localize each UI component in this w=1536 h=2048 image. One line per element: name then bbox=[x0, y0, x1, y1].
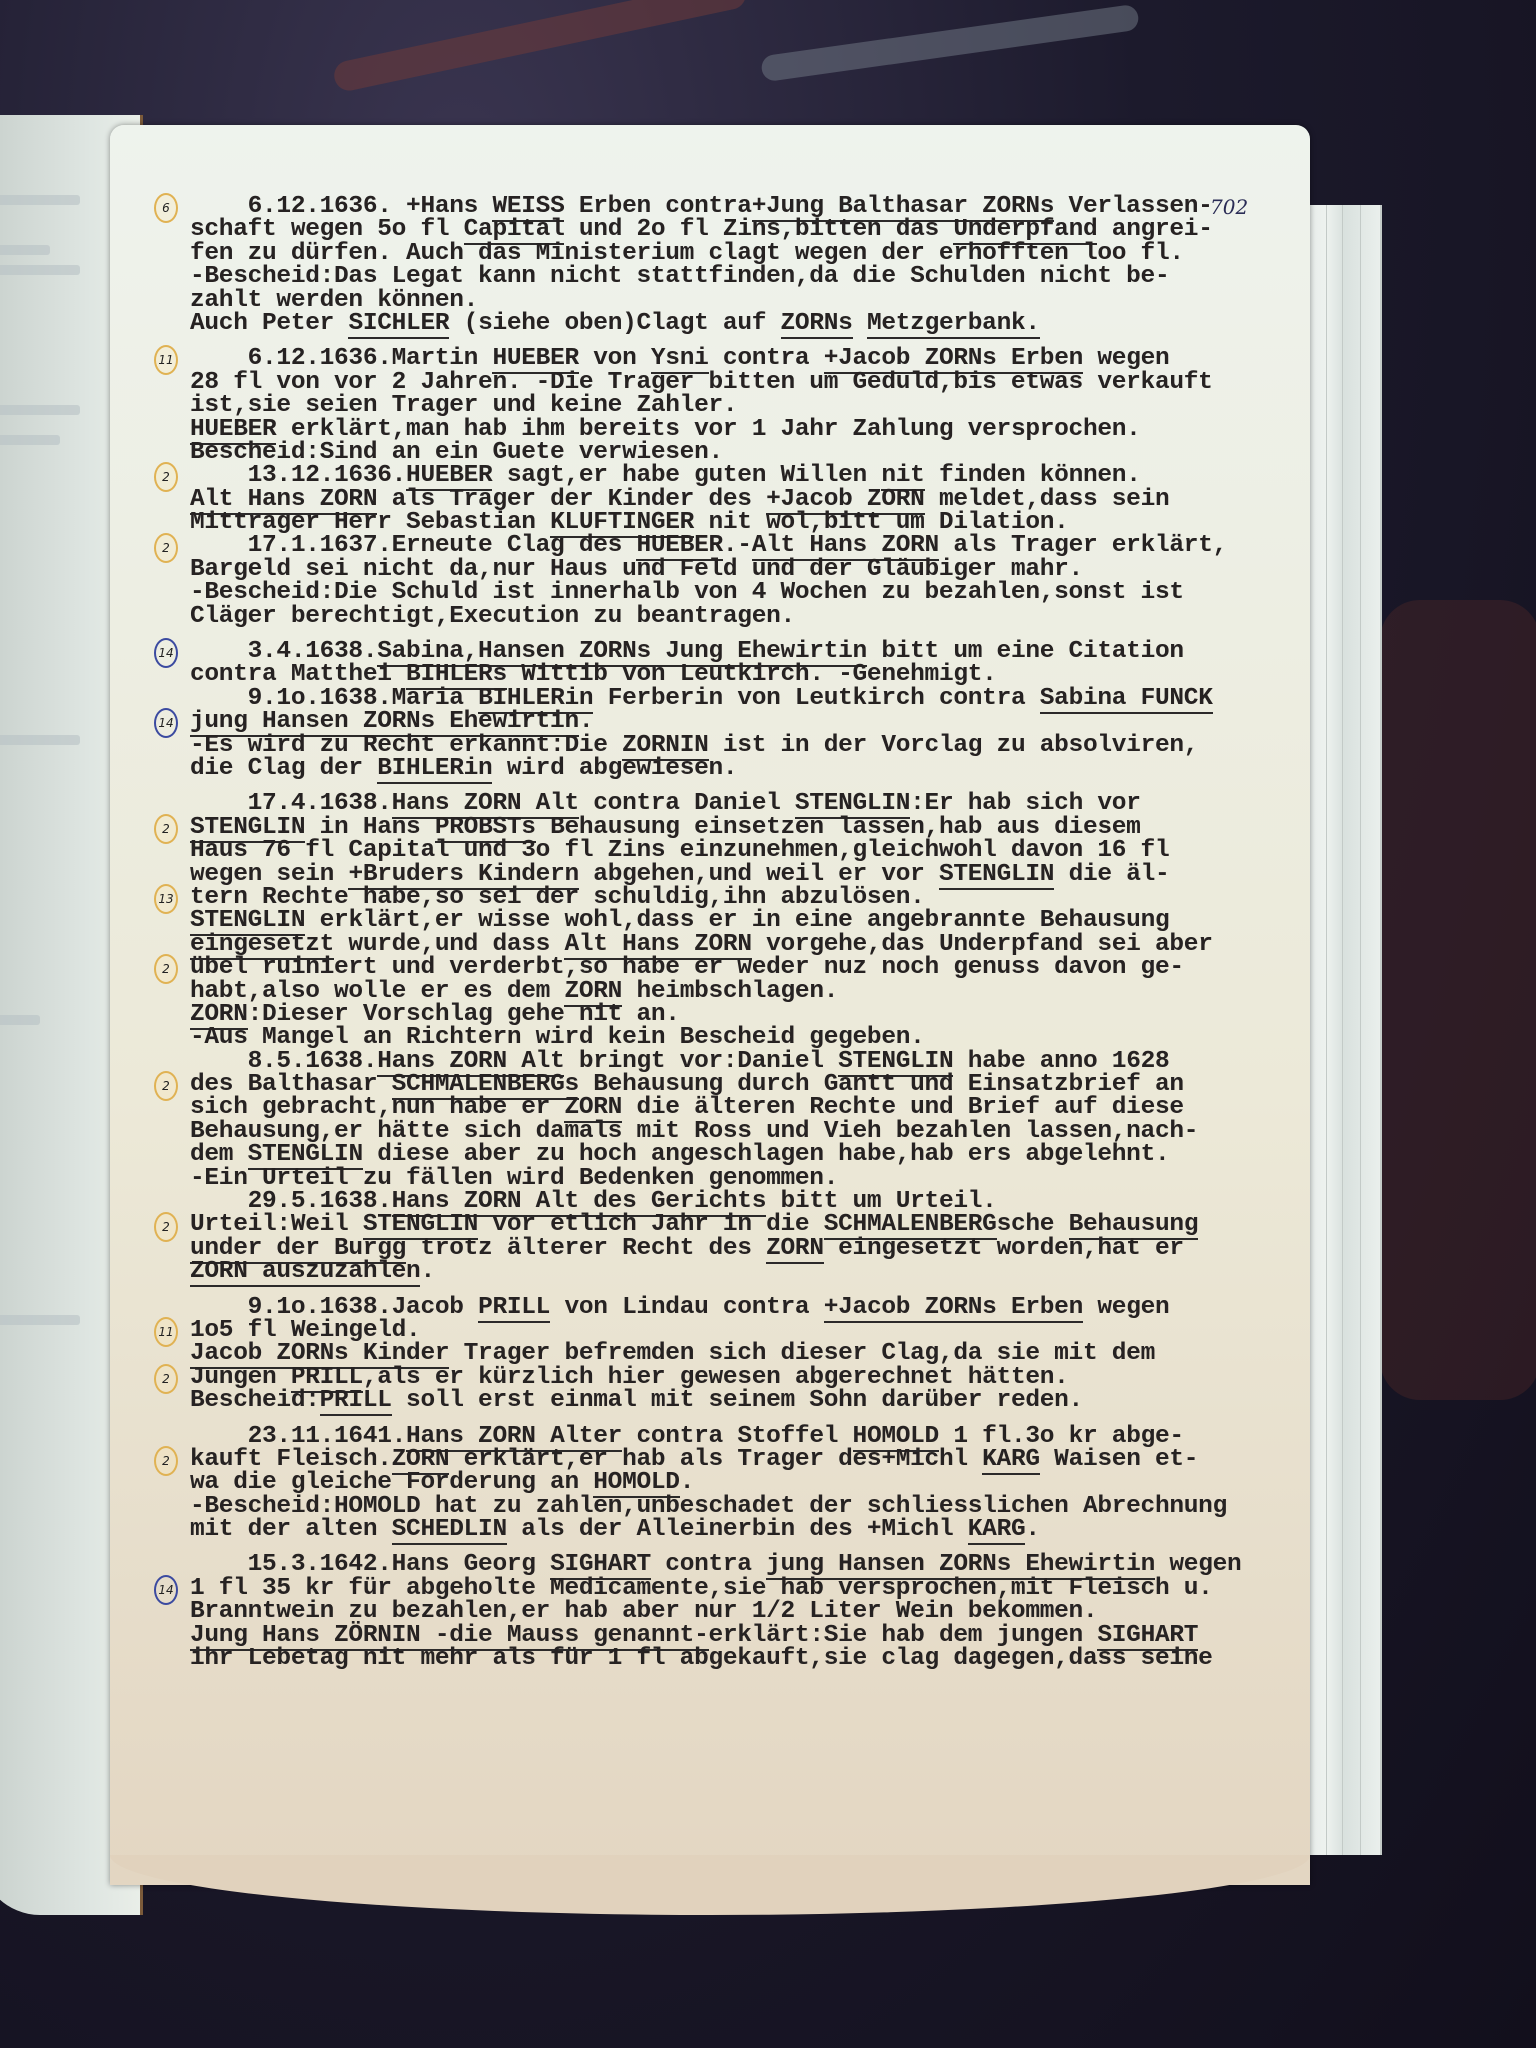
text-line: eingesetzt wurde,und dass Alt Hans ZORN … bbox=[190, 933, 1280, 956]
text-line: 3.4.1638.Sabina,Hansen ZORNs Jung Ehewir… bbox=[190, 640, 1280, 663]
text-line: Haus 76 fl Capital und 3o fl Zins einzun… bbox=[190, 839, 1280, 862]
margin-annotation: 2 bbox=[154, 814, 178, 844]
text-line: Bescheid:Sind an ein Guete verwiesen. bbox=[190, 441, 1280, 464]
text-segment: (siehe oben)Clagt auf bbox=[449, 310, 780, 337]
margin-annotation: 14 bbox=[154, 1575, 178, 1605]
text-line: Behausung,er hätte sich damals mit Ross … bbox=[190, 1120, 1280, 1143]
text-line: ZORN:Dieser Vorschlag gehe nit an. bbox=[190, 1003, 1280, 1026]
text-line: 23.11.1641.Hans ZORN Alter contra Stoffe… bbox=[190, 1425, 1280, 1448]
text-line: Alt Hans ZORN als Trager der Kinder des … bbox=[190, 488, 1280, 511]
text-line: zahlt werden können. bbox=[190, 289, 1280, 312]
text-line: sich gebracht,nun habe er ZORN die älter… bbox=[190, 1096, 1280, 1119]
text-line: 17.4.1638.Hans ZORN Alt contra Daniel ST… bbox=[190, 792, 1280, 815]
margin-annotation: 6 bbox=[154, 193, 178, 223]
text-segment: wegen bbox=[1083, 1294, 1169, 1321]
text-line: Bargeld sei nicht da,nur Haus und Feld u… bbox=[190, 558, 1280, 581]
text-line: die Clag der BIHLERin wird abgewiesen. bbox=[190, 757, 1280, 780]
text-line: 1o5 fl Weingeld. bbox=[190, 1319, 1280, 1342]
text-line: -Ein Urteil zu fällen wird Bedenken geno… bbox=[190, 1167, 1280, 1190]
text-line: -Es wird zu Recht erkannt:Die ZORNIN ist… bbox=[190, 734, 1280, 757]
margin-annotation: 2 bbox=[154, 533, 178, 563]
margin-annotation: 2 bbox=[154, 1364, 178, 1394]
text-line: 8.5.1638.Hans ZORN Alt bringt vor:Daniel… bbox=[190, 1050, 1280, 1073]
typed-text: 6.12.1636. +Hans WEISS Erben contra+Jung… bbox=[190, 195, 1280, 1670]
margin-annotation: 2 bbox=[154, 954, 178, 984]
text-line: 15.3.1642.Hans Georg SIGHART contra jung… bbox=[190, 1553, 1280, 1576]
text-line: 6.12.1636.Martin HUEBER von Ysni contra … bbox=[190, 347, 1280, 370]
margin-annotation: 2 bbox=[154, 1212, 178, 1242]
text-line: Jungen PRILL,als er kürzlich hier gewese… bbox=[190, 1366, 1280, 1389]
text-line: 9.1o.1638.Jacob PRILL von Lindau contra … bbox=[190, 1296, 1280, 1319]
text-segment: ihr Lebetag nit mehr als für 1 fl abgeka… bbox=[190, 1645, 1213, 1672]
text-line: 17.1.1637.Erneute Clag des HUEBER.-Alt H… bbox=[190, 534, 1280, 557]
text-line: fen zu dürfen. Auch das Ministerium clag… bbox=[190, 242, 1280, 265]
margin-annotation: 14 bbox=[154, 638, 178, 668]
text-segment: die Clag der bbox=[190, 755, 377, 782]
margin-annotation: 2 bbox=[154, 1446, 178, 1476]
text-line: under der Burgg trotz älterer Recht des … bbox=[190, 1237, 1280, 1260]
text-line: ihr Lebetag nit mehr als für 1 fl abgeka… bbox=[190, 1647, 1280, 1670]
text-segment: die äl- bbox=[1054, 861, 1169, 888]
text-segment: von Lindau contra bbox=[550, 1294, 824, 1321]
text-line: 9.1o.1638.Maria BIHLERin Ferberin von Le… bbox=[190, 687, 1280, 710]
carpet-pattern bbox=[331, 0, 748, 93]
carpet-pattern bbox=[760, 4, 1140, 83]
text-segment: eingesetzt worden,hat er bbox=[824, 1235, 1184, 1262]
text-segment: mit der alten bbox=[190, 1516, 392, 1543]
text-line: -Aus Mangel an Richtern wird kein Besche… bbox=[190, 1026, 1280, 1049]
text-line: -Bescheid:Das Legat kann nicht stattfind… bbox=[190, 265, 1280, 288]
text-line: wegen sein +Bruders Kindern abgehen,und … bbox=[190, 863, 1280, 886]
text-segment: . bbox=[1025, 1516, 1039, 1543]
text-segment: als der Alleinerbin des +Michl bbox=[507, 1516, 968, 1543]
text-line: Branntwein zu bezahlen,er hab aber nur 1… bbox=[190, 1600, 1280, 1623]
text-line: -Bescheid:Die Schuld ist innerhalb von 4… bbox=[190, 581, 1280, 604]
text-line: Jung Hans ZÖRNIN -die Mauss genannt-erkl… bbox=[190, 1624, 1280, 1647]
margin-annotation: 14 bbox=[154, 708, 178, 738]
text-line: 29.5.1638.Hans ZORN Alt des Gerichts bit… bbox=[190, 1190, 1280, 1213]
text-line: 1 fl 35 kr für abgeholte Medicamente,sie… bbox=[190, 1577, 1280, 1600]
text-line: 6.12.1636. +Hans WEISS Erben contra+Jung… bbox=[190, 195, 1280, 218]
margin-annotation: 2 bbox=[154, 1071, 178, 1101]
text-segment: soll erst einmal mit seinem Sohn darüber… bbox=[392, 1387, 1083, 1414]
text-line: dem STENGLIN diese aber zu hoch angeschl… bbox=[190, 1143, 1280, 1166]
margin-annotation: 11 bbox=[154, 345, 178, 375]
text-line: tern Rechte habe,so sei der schuldig,ihn… bbox=[190, 886, 1280, 909]
text-line: HUEBER erklärt,man hab ihm bereits vor 1… bbox=[190, 418, 1280, 441]
text-line: STENGLIN erklärt,er wisse wohl,dass er i… bbox=[190, 909, 1280, 932]
text-segment: ist in der Vorclag zu absolviren, bbox=[709, 732, 1199, 759]
text-segment: Auch Peter bbox=[190, 310, 348, 337]
text-line: -Bescheid:HOMOLD hat zu zahlen,unbeschad… bbox=[190, 1495, 1280, 1518]
text-segment: wird abgewiesen. bbox=[492, 755, 737, 782]
text-segment: trotz älterer Recht des bbox=[406, 1235, 766, 1262]
text-segment bbox=[853, 310, 867, 337]
margin-annotation: 11 bbox=[154, 1317, 178, 1347]
text-line: ist,sie seien Trager und keine Zahler. bbox=[190, 394, 1280, 417]
text-line: 28 fl von vor 2 Jahren. -Die Trager bitt… bbox=[190, 371, 1280, 394]
text-segment: . bbox=[420, 1258, 434, 1285]
margin-annotation: 13 bbox=[154, 884, 178, 914]
text-segment: Ferberin von Leutkirch contra bbox=[593, 685, 1039, 712]
text-line: jung Hansen ZORNs Ehewirtin. bbox=[190, 710, 1280, 733]
text-line: kauft Fleisch.ZORN erklärt,er hab als Tr… bbox=[190, 1448, 1280, 1471]
text-line: schaft wegen 5o fl Capital und 2o fl Zin… bbox=[190, 218, 1280, 241]
carpet-pattern bbox=[1380, 600, 1536, 1400]
text-line: mit der alten SCHEDLIN als der Alleinerb… bbox=[190, 1518, 1280, 1541]
text-line: contra Matthei BIHLERs Wittib von Leutki… bbox=[190, 663, 1280, 686]
text-line: Bescheid:PRILL soll erst einmal mit sein… bbox=[190, 1389, 1280, 1412]
text-line: 13.12.1636.HUEBER sagt,er habe guten Wil… bbox=[190, 464, 1280, 487]
margin-annotation: 2 bbox=[154, 462, 178, 492]
text-line: Cläger berechtigt,Execution zu beantrage… bbox=[190, 605, 1280, 628]
text-segment: Bescheid: bbox=[190, 1387, 320, 1414]
text-line: habt,also wolle er es dem ZORN heimbschl… bbox=[190, 980, 1280, 1003]
text-line: Jacob ZORNs Kinder Trager befremden sich… bbox=[190, 1342, 1280, 1365]
text-segment: Cläger berechtigt,Execution zu beantrage… bbox=[190, 603, 795, 630]
text-line: wa die gleiche Forderung an HOMOLD. bbox=[190, 1471, 1280, 1494]
text-segment: Waisen et- bbox=[1040, 1446, 1198, 1473]
text-line: Auch Peter SICHLER (siehe oben)Clagt auf… bbox=[190, 312, 1280, 335]
text-line: übel ruiniert und verderbt,so habe er we… bbox=[190, 956, 1280, 979]
text-line: STENGLIN in Hans PROBSTs Behausung einse… bbox=[190, 816, 1280, 839]
document-page: 702 611221414213222112214 6.12.1636. +Ha… bbox=[110, 125, 1310, 1885]
text-line: Urteil:Weil STENGLIN vor etlich Jahr in … bbox=[190, 1213, 1280, 1236]
text-line: ZORN auszuzahlen. bbox=[190, 1260, 1280, 1283]
text-line: Mittrager Herr Sebastian KLUFTINGER nit … bbox=[190, 511, 1280, 534]
text-line: des Balthasar SCHMALENBERGs Behausung du… bbox=[190, 1073, 1280, 1096]
